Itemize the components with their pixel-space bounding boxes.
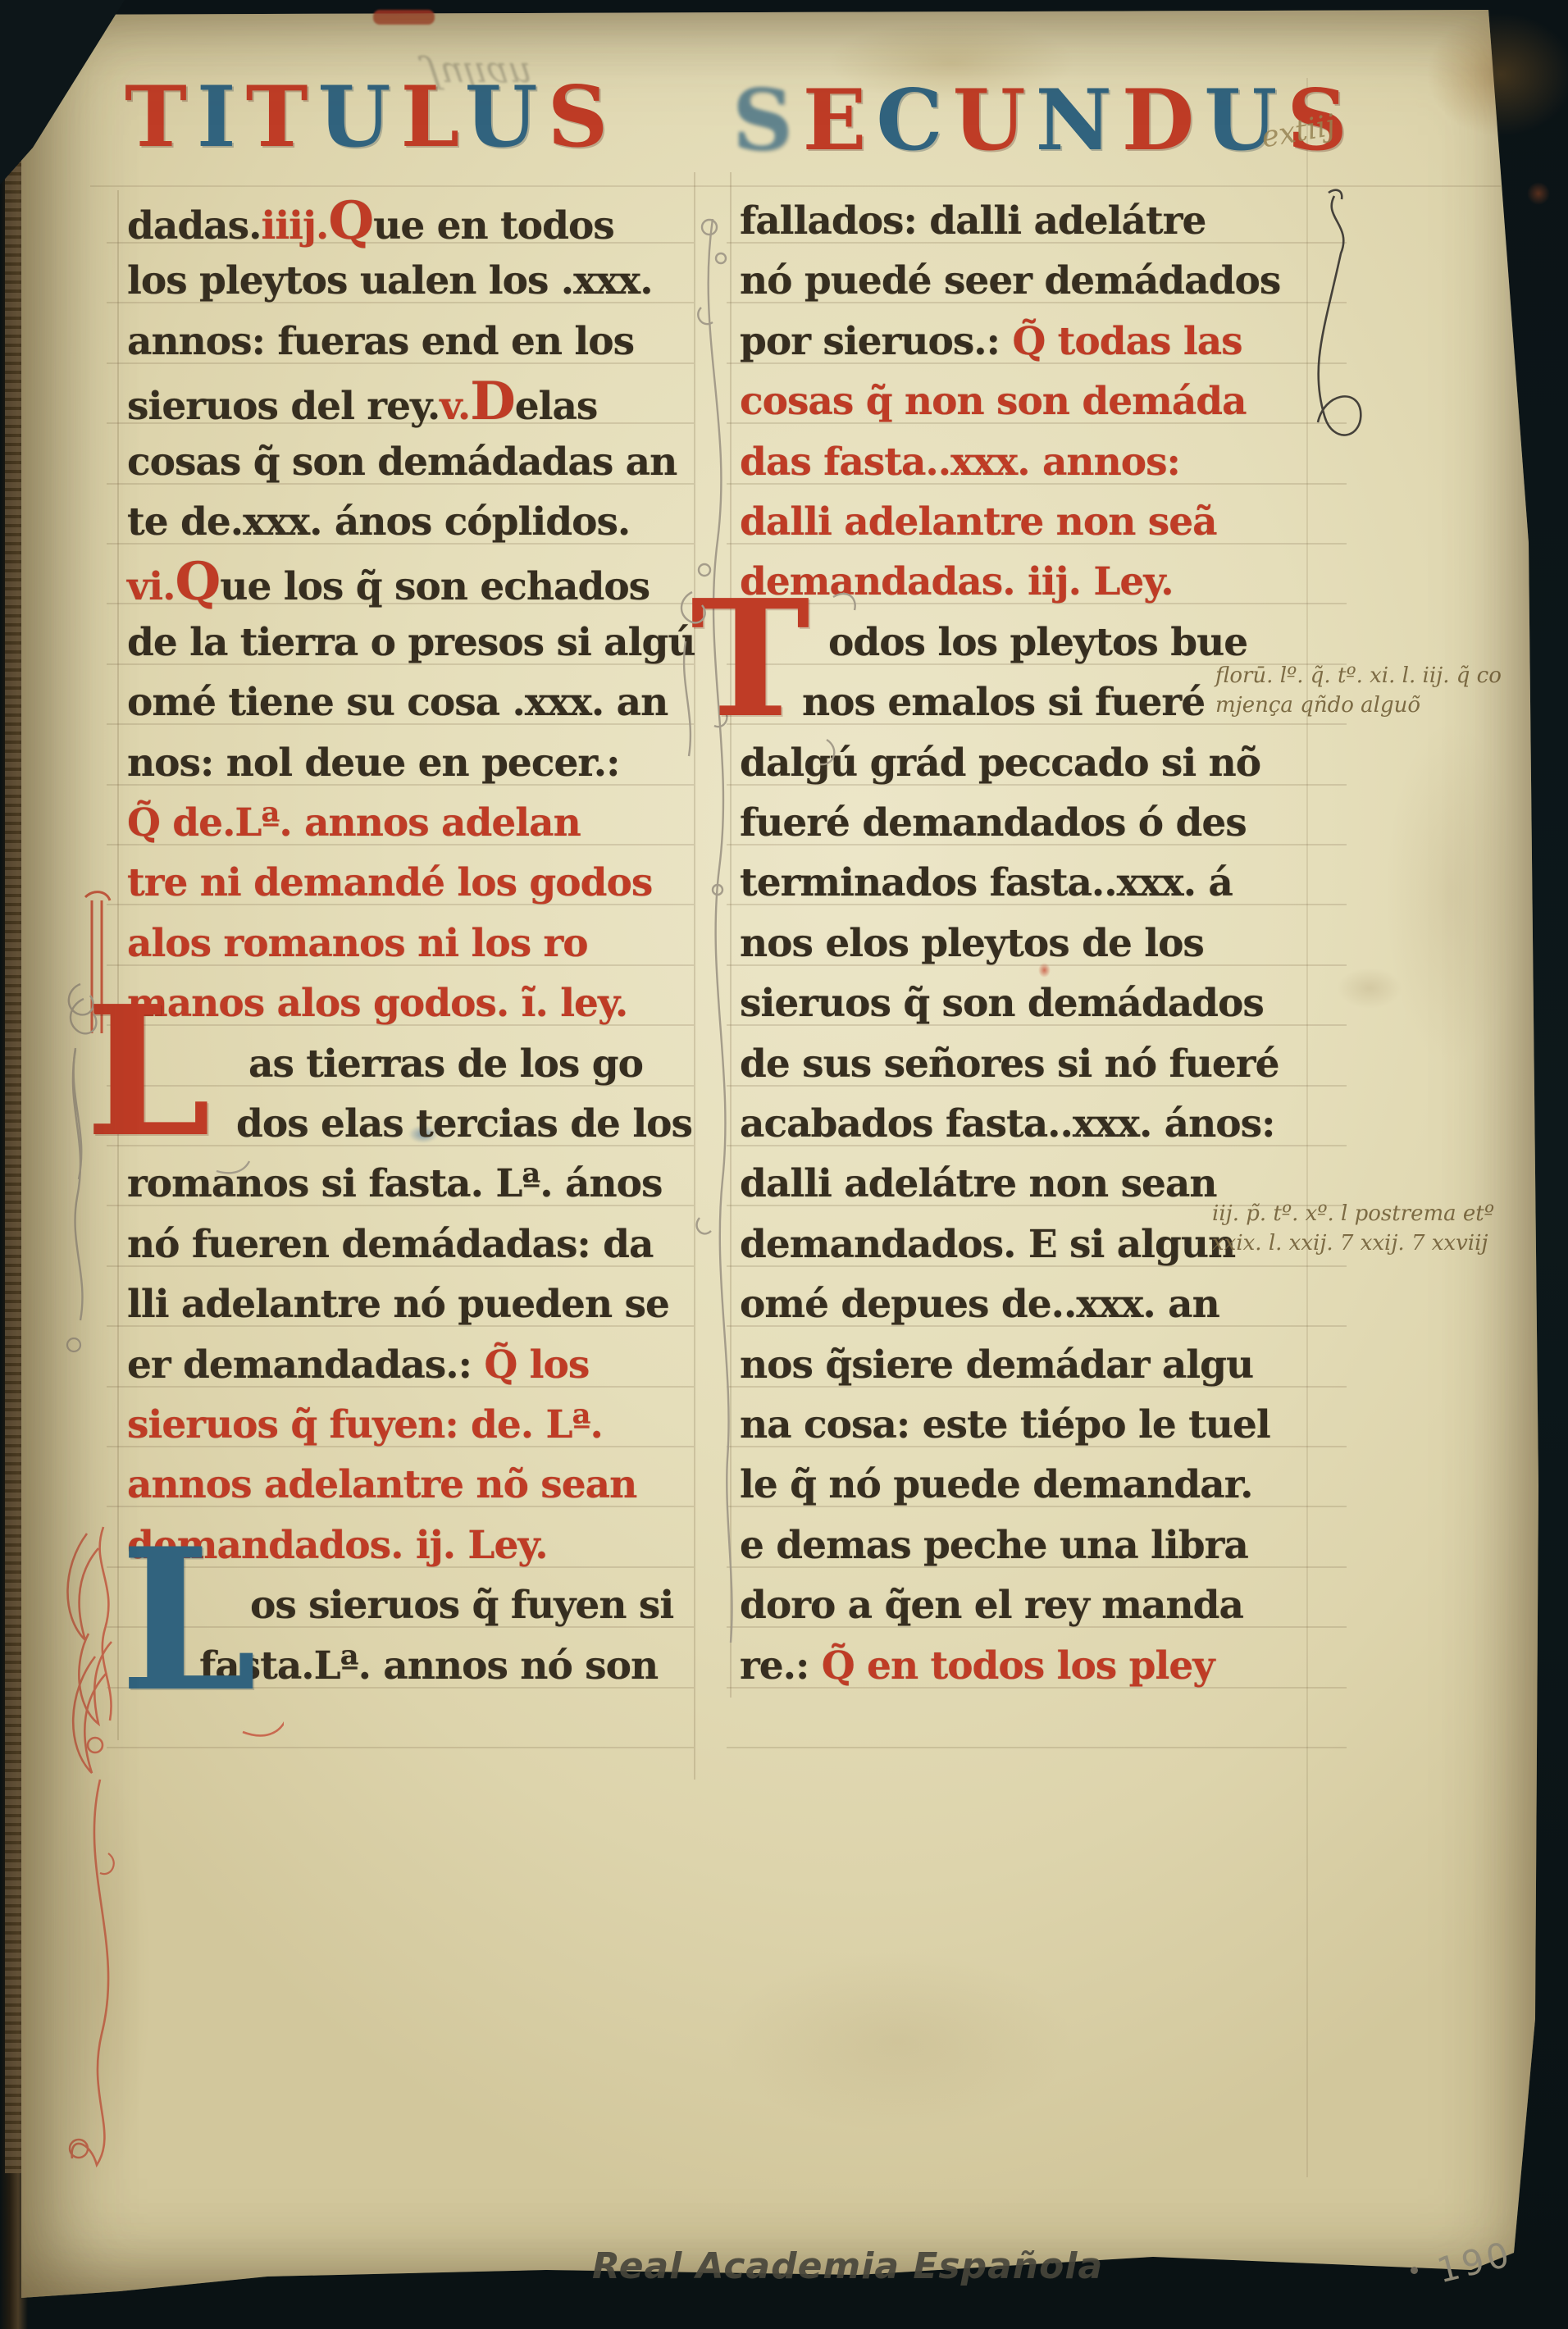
text-segment: as tierras de los go [248, 1041, 643, 1087]
text-segment: os sieruos q̃ fuyen si [250, 1583, 673, 1628]
text-line: nos: nol deue en pecer.: [127, 739, 620, 788]
text-line: annos adelantre nõ sean [127, 1461, 636, 1510]
library-watermark: Real Academia Española [592, 2245, 1103, 2287]
text-segment: Q̃ todas las [1012, 319, 1242, 364]
text-segment: terminados fasta..xxx. á [740, 860, 1233, 905]
header-letter: N [1036, 71, 1122, 170]
text-line: dalli adelátre non sean [740, 1160, 1217, 1209]
header-letter: S [732, 71, 803, 170]
header-letter: C [876, 71, 952, 170]
text-line: annos: fueras end en los [127, 317, 634, 367]
text-segment: te de.xxx. ános cóplidos. [127, 499, 630, 545]
text-line: fueré demandados ó des [740, 799, 1247, 848]
gloss-line: iij. p̃. tº. xº. l postrema etº [1212, 1199, 1494, 1228]
text-segment: omé tiene su cosa .xxx. an [127, 680, 668, 725]
text-line: Q̃ de.Lª. annos adelan [127, 799, 581, 848]
text-line: das fasta..xxx. annos: [740, 438, 1180, 487]
text-segment: de sus señores si nó fueré [740, 1041, 1279, 1087]
pen-doodle [1283, 185, 1398, 455]
header-letter: T [125, 68, 197, 166]
text-segment: annos: fueras end en los [127, 319, 634, 364]
text-segment: sieruos del rey. [127, 384, 440, 429]
header-letter: U [318, 68, 401, 166]
text-segment: Q̃ los [484, 1342, 589, 1388]
text-line: cosas q̃ son demádadas an [127, 438, 677, 487]
text-line: e demas peche una libra [740, 1521, 1248, 1570]
text-line: as tierras de los go [248, 1040, 643, 1089]
header-letter: I [197, 68, 246, 166]
text-segment: los pleytos ualen los .xxx. [127, 258, 653, 303]
text-segment: Q̃ de.Lª. annos adelan [127, 800, 581, 845]
text-segment: dos elas tercias de los [236, 1101, 692, 1146]
text-line: os sieruos q̃ fuyen si [250, 1581, 673, 1630]
header-letter: L [400, 68, 464, 166]
text-segment: de la tierra o presos si algú [127, 620, 695, 665]
text-line: por sieruos.: Q̃ todas las [740, 317, 1242, 367]
text-segment: nos q̃siere demádar algu [740, 1342, 1253, 1388]
text-line: sieruos del rey.v.Delas [127, 377, 597, 431]
text-segment: nó fueren demádadas: da [127, 1222, 653, 1267]
text-segment: v. [440, 384, 470, 429]
text-line: dos elas tercias de los [236, 1100, 692, 1149]
text-line: de la tierra o presos si algú [127, 618, 695, 668]
gloss-line: florū. lº. q̃. tº. xi. l. iij. q̃ co [1215, 661, 1502, 690]
text-line: sieruos q̃ fuyen: de. Lª. [127, 1401, 603, 1450]
gloss-line: mjença qñdo alguõ [1215, 690, 1502, 720]
text-segment: odos los pleytos bue [828, 620, 1247, 665]
text-line: doro a q̃en el rey manda [740, 1581, 1243, 1630]
initial-L-red: L [85, 982, 211, 1161]
text-segment: Q [328, 190, 373, 252]
text-line: alos romanos ni los ro [127, 919, 588, 969]
text-line: vi.Que los q̃ son echados [127, 558, 650, 612]
text-line: acabados fasta..xxx. ános: [740, 1100, 1274, 1149]
text-segment: alos romanos ni los ro [127, 921, 588, 966]
header-letter: U [953, 71, 1036, 170]
text-line: sieruos q̃ son demádados [740, 979, 1264, 1028]
text-segment: sieruos q̃ son demádados [740, 981, 1264, 1026]
text-line: dalli adelantre non seã [740, 498, 1217, 547]
text-segment: vi. [127, 564, 175, 609]
text-line: omé tiene su cosa .xxx. an [127, 678, 668, 727]
text-line: re.: Q̃ en todos los pley [740, 1642, 1215, 1691]
text-line: de sus señores si nó fueré [740, 1040, 1279, 1089]
text-line: te de.xxx. ános cóplidos. [127, 498, 630, 547]
text-segment: omé depues de..xxx. an [740, 1282, 1219, 1327]
header-letter: D [1122, 71, 1204, 170]
text-segment: na cosa: este tiépo le tuel [740, 1402, 1270, 1447]
text-line: nó fueren demádadas: da [127, 1220, 653, 1269]
text-line: terminados fasta..xxx. á [740, 859, 1233, 908]
header-letter: S [548, 68, 618, 166]
marginal-gloss-2: iij. p̃. tº. xº. l postrema etº xxix. l.… [1212, 1199, 1494, 1258]
text-segment: tre ni demandé los godos [127, 860, 652, 905]
text-segment: elas [515, 384, 598, 429]
header-letter: U [465, 68, 548, 166]
text-segment: nos emalos si fueré [802, 680, 1205, 725]
initial-L-blue: L [120, 1524, 257, 1719]
text-line: tre ni demandé los godos [127, 859, 652, 908]
text-segment: acabados fasta..xxx. ános: [740, 1101, 1274, 1146]
text-segment: fallados: dalli adelátre [740, 198, 1206, 244]
text-segment: er demandadas.: [127, 1342, 484, 1388]
header-titulus: TITULUS [125, 75, 618, 159]
text-segment: iiij. [261, 203, 328, 248]
text-segment: demandados. E si algun [740, 1222, 1235, 1267]
gloss-line: xxix. l. xxij. 7 xxij. 7 xxviij [1212, 1228, 1494, 1258]
text-segment: dalli adelantre non seã [740, 499, 1217, 545]
text-line: nos q̃siere demádar algu [740, 1341, 1253, 1390]
text-line: omé depues de..xxx. an [740, 1280, 1219, 1329]
text-line: nos elos pleytos de los [740, 919, 1204, 969]
text-segment: le q̃ nó puede demandar. [740, 1462, 1253, 1507]
text-segment: doro a q̃en el rey manda [740, 1583, 1243, 1628]
ruling-line [727, 1747, 1347, 1748]
text-segment: cosas q̃ non son demáda [740, 379, 1247, 424]
text-line: lli adelantre nó pueden se [127, 1280, 669, 1329]
text-segment: nos: nol deue en pecer.: [127, 741, 620, 786]
text-segment: das fasta..xxx. annos: [740, 440, 1180, 485]
text-segment: cosas q̃ son demádadas an [127, 440, 677, 485]
header-letter: T [246, 68, 318, 166]
text-segment: lli adelantre nó pueden se [127, 1282, 669, 1327]
text-line: nó puedé seer demádados [740, 257, 1280, 306]
text-segment: re.: [740, 1643, 822, 1689]
text-line: los pleytos ualen los .xxx. [127, 257, 653, 306]
text-segment: ue los q̃ son echados [220, 564, 650, 609]
text-line: er demandadas.: Q̃ los [127, 1341, 589, 1390]
text-segment: Q [175, 551, 221, 613]
stain [1527, 182, 1550, 205]
header-letter: E [803, 71, 877, 170]
text-segment: fueré demandados ó des [740, 800, 1247, 845]
text-segment: Q̃ en todos los pley [822, 1643, 1215, 1689]
text-segment: sieruos q̃ fuyen: de. Lª. [127, 1402, 603, 1447]
text-segment: nó puedé seer demádados [740, 258, 1280, 303]
text-line: demandados. E si algun [740, 1220, 1235, 1269]
text-line: odos los pleytos bue [828, 618, 1247, 668]
text-line: le q̃ nó puede demandar. [740, 1461, 1253, 1510]
pencil-dot [1411, 2267, 1418, 2274]
text-segment: annos adelantre nõ sean [127, 1462, 636, 1507]
text-line: na cosa: este tiépo le tuel [740, 1401, 1270, 1450]
text-line: fallados: dalli adelátre [740, 197, 1206, 246]
text-segment: dalli adelátre non sean [740, 1161, 1217, 1206]
text-segment: dadas. [127, 203, 261, 248]
text-segment: nos elos pleytos de los [740, 921, 1204, 966]
manuscript-photo: TITULUS SECUNDUS Julian extiij dadas.iii [0, 0, 1568, 2329]
text-segment: por sieruos.: [740, 319, 1012, 364]
text-segment: ue en todos [373, 203, 614, 248]
text-line: cosas q̃ non son demáda [740, 377, 1247, 426]
stacked-page-edges [5, 139, 21, 2173]
text-segment: D [470, 371, 515, 432]
text-segment: e demas peche una libra [740, 1523, 1248, 1568]
marginal-gloss-1: florū. lº. q̃. tº. xi. l. iij. q̃ co mje… [1215, 661, 1502, 720]
text-line: dadas.iiij.Que en todos [127, 197, 614, 251]
text-line: nos emalos si fueré [802, 678, 1205, 727]
initial-T-red: T [691, 579, 810, 740]
